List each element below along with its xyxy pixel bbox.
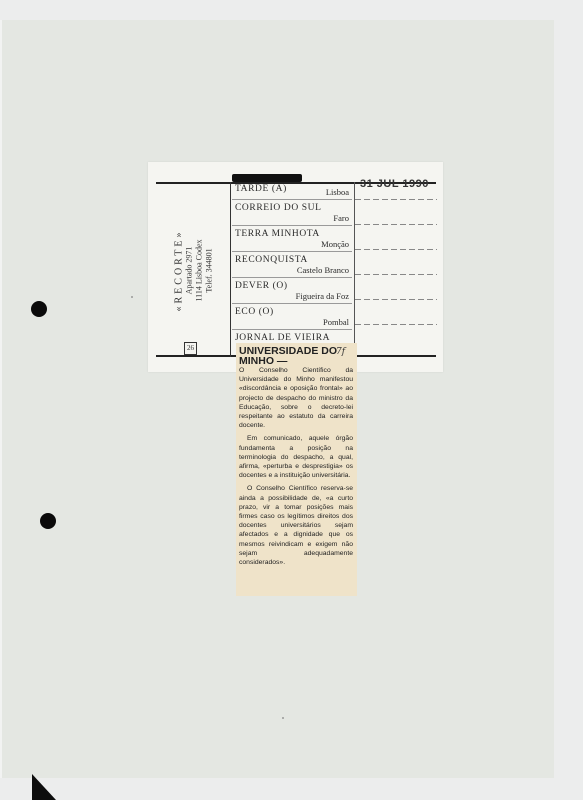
row-divider (355, 224, 437, 225)
publication-city: Lisboa (326, 187, 349, 197)
clipping-paragraph: O Conselho Científico reserva-se ainda a… (239, 484, 353, 567)
publication-name: TERRA MINHOTA (235, 229, 320, 239)
publication-city: Monção (321, 239, 349, 249)
redaction-mark (232, 174, 302, 182)
publication-city: Pombal (323, 317, 349, 327)
publication-row: TARDE (A) Lisboa (232, 172, 352, 200)
date-stamp: 31 JUL 1990 (360, 178, 429, 190)
scanner-margin-top (0, 0, 583, 20)
publication-name: ECO (O) (235, 307, 274, 317)
sheet-edge (0, 20, 2, 778)
agency-name: «RECORTE» (174, 209, 185, 333)
row-divider (355, 299, 437, 300)
clipping-paragraph: Em comunicado, aquele órgão fundamenta a… (239, 434, 353, 480)
publication-row: TERRA MINHOTA Monção (232, 226, 352, 252)
publication-row: CORREIO DO SUL Faro (232, 200, 352, 226)
publication-city: Castelo Branco (297, 265, 349, 275)
page-number-box: 26 (184, 342, 197, 355)
row-divider (355, 249, 437, 250)
handwritten-mark: 7f (336, 347, 345, 357)
publication-name: CORREIO DO SUL (235, 203, 322, 213)
clipping-paragraph: O Conselho Científico da Universidade do… (239, 366, 353, 430)
publication-list: TARDE (A) Lisboa CORREIO DO SUL Faro TER… (232, 172, 352, 355)
publication-name: RECONQUISTA (235, 255, 308, 265)
publication-name: JORNAL DE VIEIRA (235, 333, 330, 343)
punch-hole-icon (40, 513, 56, 529)
row-divider (355, 324, 437, 325)
publication-row: RECONQUISTA Castelo Branco (232, 252, 352, 278)
publication-name: DEVER (O) (235, 281, 288, 291)
publication-row: DEVER (O) Figueira da Foz (232, 278, 352, 304)
column-divider (230, 182, 231, 357)
publication-row: ECO (O) Pombal (232, 304, 352, 330)
speck (282, 717, 284, 719)
agency-address: Apartado 2971 (185, 209, 195, 333)
agency-stamp: «RECORTE» Apartado 2971 1114 Lisboa Code… (164, 210, 224, 340)
scanner-margin-right (554, 0, 583, 800)
publication-city: Figueira da Foz (296, 291, 349, 301)
folded-corner-icon (32, 774, 56, 800)
agency-phone: Telef. 344801 (205, 209, 215, 333)
speck (131, 296, 133, 298)
agency-city: 1114 Lisboa Codex (195, 209, 205, 333)
publication-city: Faro (333, 213, 349, 223)
row-divider (355, 274, 437, 275)
row-divider (355, 199, 437, 200)
scanner-margin-bottom (0, 778, 583, 800)
publication-name: TARDE (A) (235, 184, 287, 194)
column-divider (354, 182, 355, 357)
punch-hole-icon (31, 301, 47, 317)
newspaper-clipping: UNIVERSIDADE DO MINHO — 7f O Conselho Ci… (236, 343, 357, 596)
recorte-slip: «RECORTE» Apartado 2971 1114 Lisboa Code… (148, 162, 443, 372)
